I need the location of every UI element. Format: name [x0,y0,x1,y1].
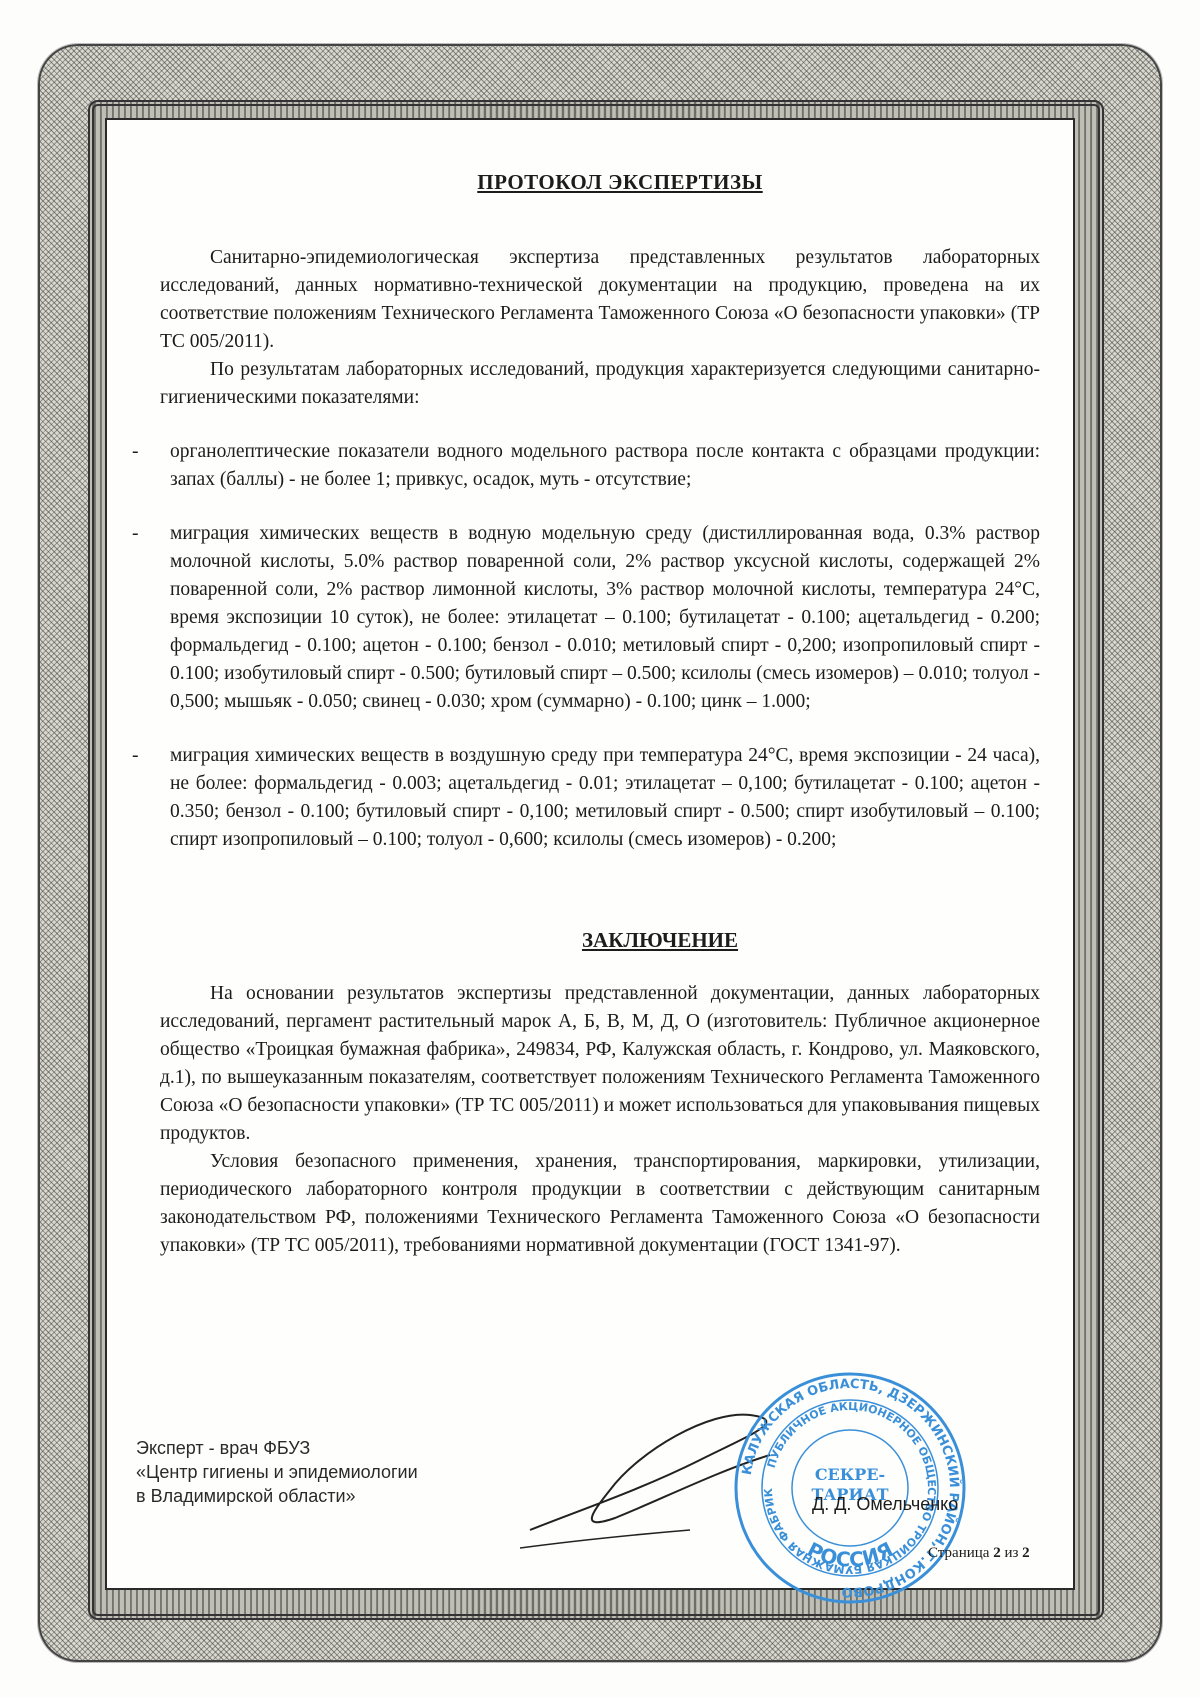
bullet-dash: - [132,520,139,548]
list-item: - органолептические показатели водного м… [160,438,1040,494]
company-seal-stamp: КАЛУЖСКАЯ ОБЛАСТЬ, ДЗЕРЖИНСКИЙ РАЙОН, Г.… [730,1368,970,1608]
conclusion-title: ЗАКЛЮЧЕНИЕ [160,926,1040,954]
signer-name: Д. Д. Омельченко [812,1494,958,1515]
intro-paragraph-2: По результатам лабораторных исследований… [160,356,1040,412]
bullet-dash: - [132,438,139,466]
list-item: - миграция химических веществ в водную м… [160,520,1040,716]
bullet-dash: - [132,742,139,770]
svg-text:СЕКРЕ-: СЕКРЕ- [815,1465,885,1484]
signer-line-2: «Центр гигиены и эпидемиологии [136,1460,418,1484]
bullet-text: органолептические показатели водного мод… [170,441,1040,490]
bullet-text: миграция химических веществ в водную мод… [170,523,1040,712]
page-label: Страница [928,1545,989,1561]
conclusion-paragraph-2: Условия безопасного применения, хранения… [160,1148,1040,1260]
list-item: - миграция химических веществ в воздушну… [160,742,1040,854]
signer-line-1: Эксперт - врач ФБУЗ [136,1436,418,1460]
signer-block: Эксперт - врач ФБУЗ «Центр гигиены и эпи… [136,1436,418,1508]
page-total: 2 [1022,1545,1030,1561]
intro-paragraph-1: Санитарно-эпидемиологическая экспертиза … [160,244,1040,356]
document-body: ПРОТОКОЛ ЭКСПЕРТИЗЫ Санитарно-эпидемиоло… [160,168,1040,1260]
conclusion-paragraph-1: На основании результатов экспертизы пред… [160,980,1040,1148]
page-number: Страница 2 из 2 [928,1545,1030,1562]
page-of-label: из [1004,1545,1018,1561]
document-title: ПРОТОКОЛ ЭКСПЕРТИЗЫ [160,168,1040,196]
page-current: 2 [993,1545,1001,1561]
signer-line-3: в Владимирской области» [136,1484,418,1508]
bullet-text: миграция химических веществ в воздушную … [170,745,1040,850]
